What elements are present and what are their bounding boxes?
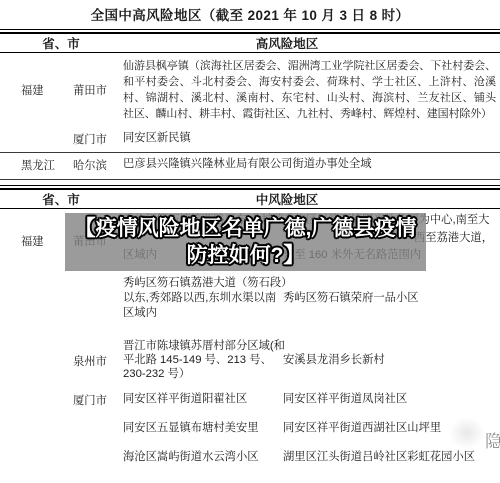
area-text-line: 秀屿区笏石镇荔港大道（笏石段） (123, 276, 283, 291)
document-page: 全国中高风险地区（截至 2021 年 10 月 3 日 8 时） 省、市 高风险… (0, 0, 500, 483)
area-pair: 秀屿区笏石镇荔港大道（笏石段） 以东,秀郊路以西,东圳水渠以南 区域内 秀屿区笏… (123, 276, 496, 321)
area-text-line: 平北路 145-149 号、213 号、 (123, 353, 283, 367)
area-left-cell: 同安区五显镇布塘村美安里 (123, 421, 283, 435)
city-cell: 莆田市 (73, 82, 123, 98)
area-left-cell: 海沧区嵩屿街道水云湾小区 (123, 450, 283, 464)
province-cell-empty (0, 392, 73, 464)
province-cell-empty (0, 131, 73, 147)
province-cell: 黑龙江 (0, 157, 73, 173)
headline-overlay-banner: 【疫情风险地区名单广德,广德县疫情 防控如何?】 (65, 213, 426, 271)
high-risk-header-row: 省、市 高风险地区 (0, 34, 500, 52)
header-medium-risk-area: 中风险地区 (122, 190, 500, 208)
area-pair: 同安区五显镇布塘村美安里 同安区祥平街道西湖社区山坪里 (123, 421, 496, 435)
area-text-line: 秀屿区笏石镇荣府一品小区 (283, 291, 493, 306)
city-cell: 厦门市 (73, 392, 123, 464)
area-pair: 同安区祥平街道阳翟社区 同安区祥平街道凤岗社区 (123, 392, 496, 406)
area-cell: 仙游县枫亭镇（滨海社区居委会、湄洲湾工业学院社区居委会、下社村委会、 和平村委会… (123, 58, 500, 122)
area-cell: 同安区祥平街道阳翟社区 同安区祥平街道凤岗社区 同安区五显镇布塘村美安里 同安区… (123, 392, 500, 464)
area-right-cell: 安溪县龙涓乡长新村 (283, 353, 496, 367)
area-right-cell: 湖里区江头街道吕岭社区彩虹花园小区 (283, 450, 496, 464)
area-cell: 同安区新民镇 (123, 131, 500, 147)
province-cell-empty (0, 339, 73, 381)
headline-line-2: 防控如何?】 (65, 242, 426, 269)
area-text-line: 同安区祥平街道凤岗社区 (283, 392, 493, 406)
area-text-line: 同安区祥平街道阳翟社区 (123, 392, 283, 406)
medium-risk-header-row: 省、市 中风险地区 (0, 190, 500, 208)
city-cell: 泉州市 (73, 339, 123, 381)
headline-line-1: 【疫情风险地区名单广德,广德县疫情 (65, 215, 426, 242)
area-text-line: 社区、麟山村、耕丰村、霞街社区、九社村、秀峰村、辉煌村、建国村除外） (123, 106, 496, 122)
area-text-line: 仙游县枫亭镇（滨海社区居委会、湄洲湾工业学院社区居委会、下社村委会、 (123, 58, 496, 74)
area-left-cell: 秀屿区笏石镇荔港大道（笏石段） 以东,秀郊路以西,东圳水渠以南 区域内 (123, 276, 283, 321)
header-province-city: 省、市 (0, 190, 122, 208)
table-row-heilongjiang-high: 黑龙江 哈尔滨 巴彦县兴隆镇兴隆林业局有限公司街道办事处全域 (0, 153, 500, 179)
area-text-line: 同安区五显镇布塘村美安里 (123, 421, 283, 435)
area-text-line: 区域内 (123, 306, 283, 321)
table-row-quanzhou-medium: 泉州市 晋江市陈埭镇苏厝村部分区域(和 平北路 145-149 号、213 号、… (0, 339, 500, 381)
header-high-risk-area: 高风险地区 (122, 34, 500, 52)
page-title: 全国中高风险地区（截至 2021 年 10 月 3 日 8 时） (0, 0, 500, 25)
watermark-smudge (449, 417, 485, 449)
city-cell: 厦门市 (73, 131, 123, 147)
area-right-cell: 秀屿区笏石镇荣府一品小区 (283, 291, 496, 306)
table-row-fujian-putian-high: 福建 莆田市 仙游县枫亭镇（滨海社区居委会、湄洲湾工业学院社区居委会、下社村委会… (0, 53, 500, 128)
area-right-cell: 同安区祥平街道凤岗社区 (283, 392, 496, 406)
area-text-line: 湖里区江头街道吕岭社区彩虹花园小区 (283, 450, 493, 464)
province-cell: 福建 (0, 212, 73, 321)
table-row-xiamen-medium: 厦门市 同安区祥平街道阳翟社区 同安区祥平街道凤岗社区 同安区五显镇布塘村美安里… (0, 392, 500, 464)
area-text-line: 同安区新民镇 (123, 131, 496, 145)
area-text-line: 村、锦湖村、溪北村、溪南村、东宅村、山头村、海滨村、兰友社区、铺头 (123, 90, 496, 106)
area-text-line: 230-232 号） (123, 367, 283, 381)
province-cell: 福建 (0, 82, 73, 98)
area-left-cell: 同安区祥平街道阳翟社区 (123, 392, 283, 406)
area-text-line: 晋江市陈埭镇苏厝村部分区域(和 (123, 339, 283, 353)
area-pair: 海沧区嵩屿街道水云湾小区 湖里区江头街道吕岭社区彩虹花园小区 (123, 450, 496, 464)
city-cell: 哈尔滨 (73, 157, 123, 173)
table-row-xiamen-high: 厦门市 同安区新民镇 (0, 128, 500, 152)
area-text-line: 和平村委会、斗北村委会、海安村委会、荷珠村、学士社区、上浒村、沧溪 (123, 74, 496, 90)
area-pair: 晋江市陈埭镇苏厝村部分区域(和 平北路 145-149 号、213 号、 230… (123, 339, 496, 381)
area-text-line: 安溪县龙涓乡长新村 (283, 353, 493, 367)
area-text-line: 以东,秀郊路以西,东圳水渠以南 (123, 291, 283, 306)
watermark-glyph: 隐 (485, 427, 500, 452)
area-left-cell: 晋江市陈埭镇苏厝村部分区域(和 平北路 145-149 号、213 号、 230… (123, 339, 283, 381)
header-province-city: 省、市 (0, 34, 122, 52)
area-text-line: 巴彦县兴隆镇兴隆林业局有限公司街道办事处全域 (123, 157, 496, 171)
area-text-line: 海沧区嵩屿街道水云湾小区 (123, 450, 283, 464)
area-cell: 巴彦县兴隆镇兴隆林业局有限公司街道办事处全域 (123, 157, 500, 173)
area-cell: 晋江市陈埭镇苏厝村部分区域(和 平北路 145-149 号、213 号、 230… (123, 339, 500, 381)
